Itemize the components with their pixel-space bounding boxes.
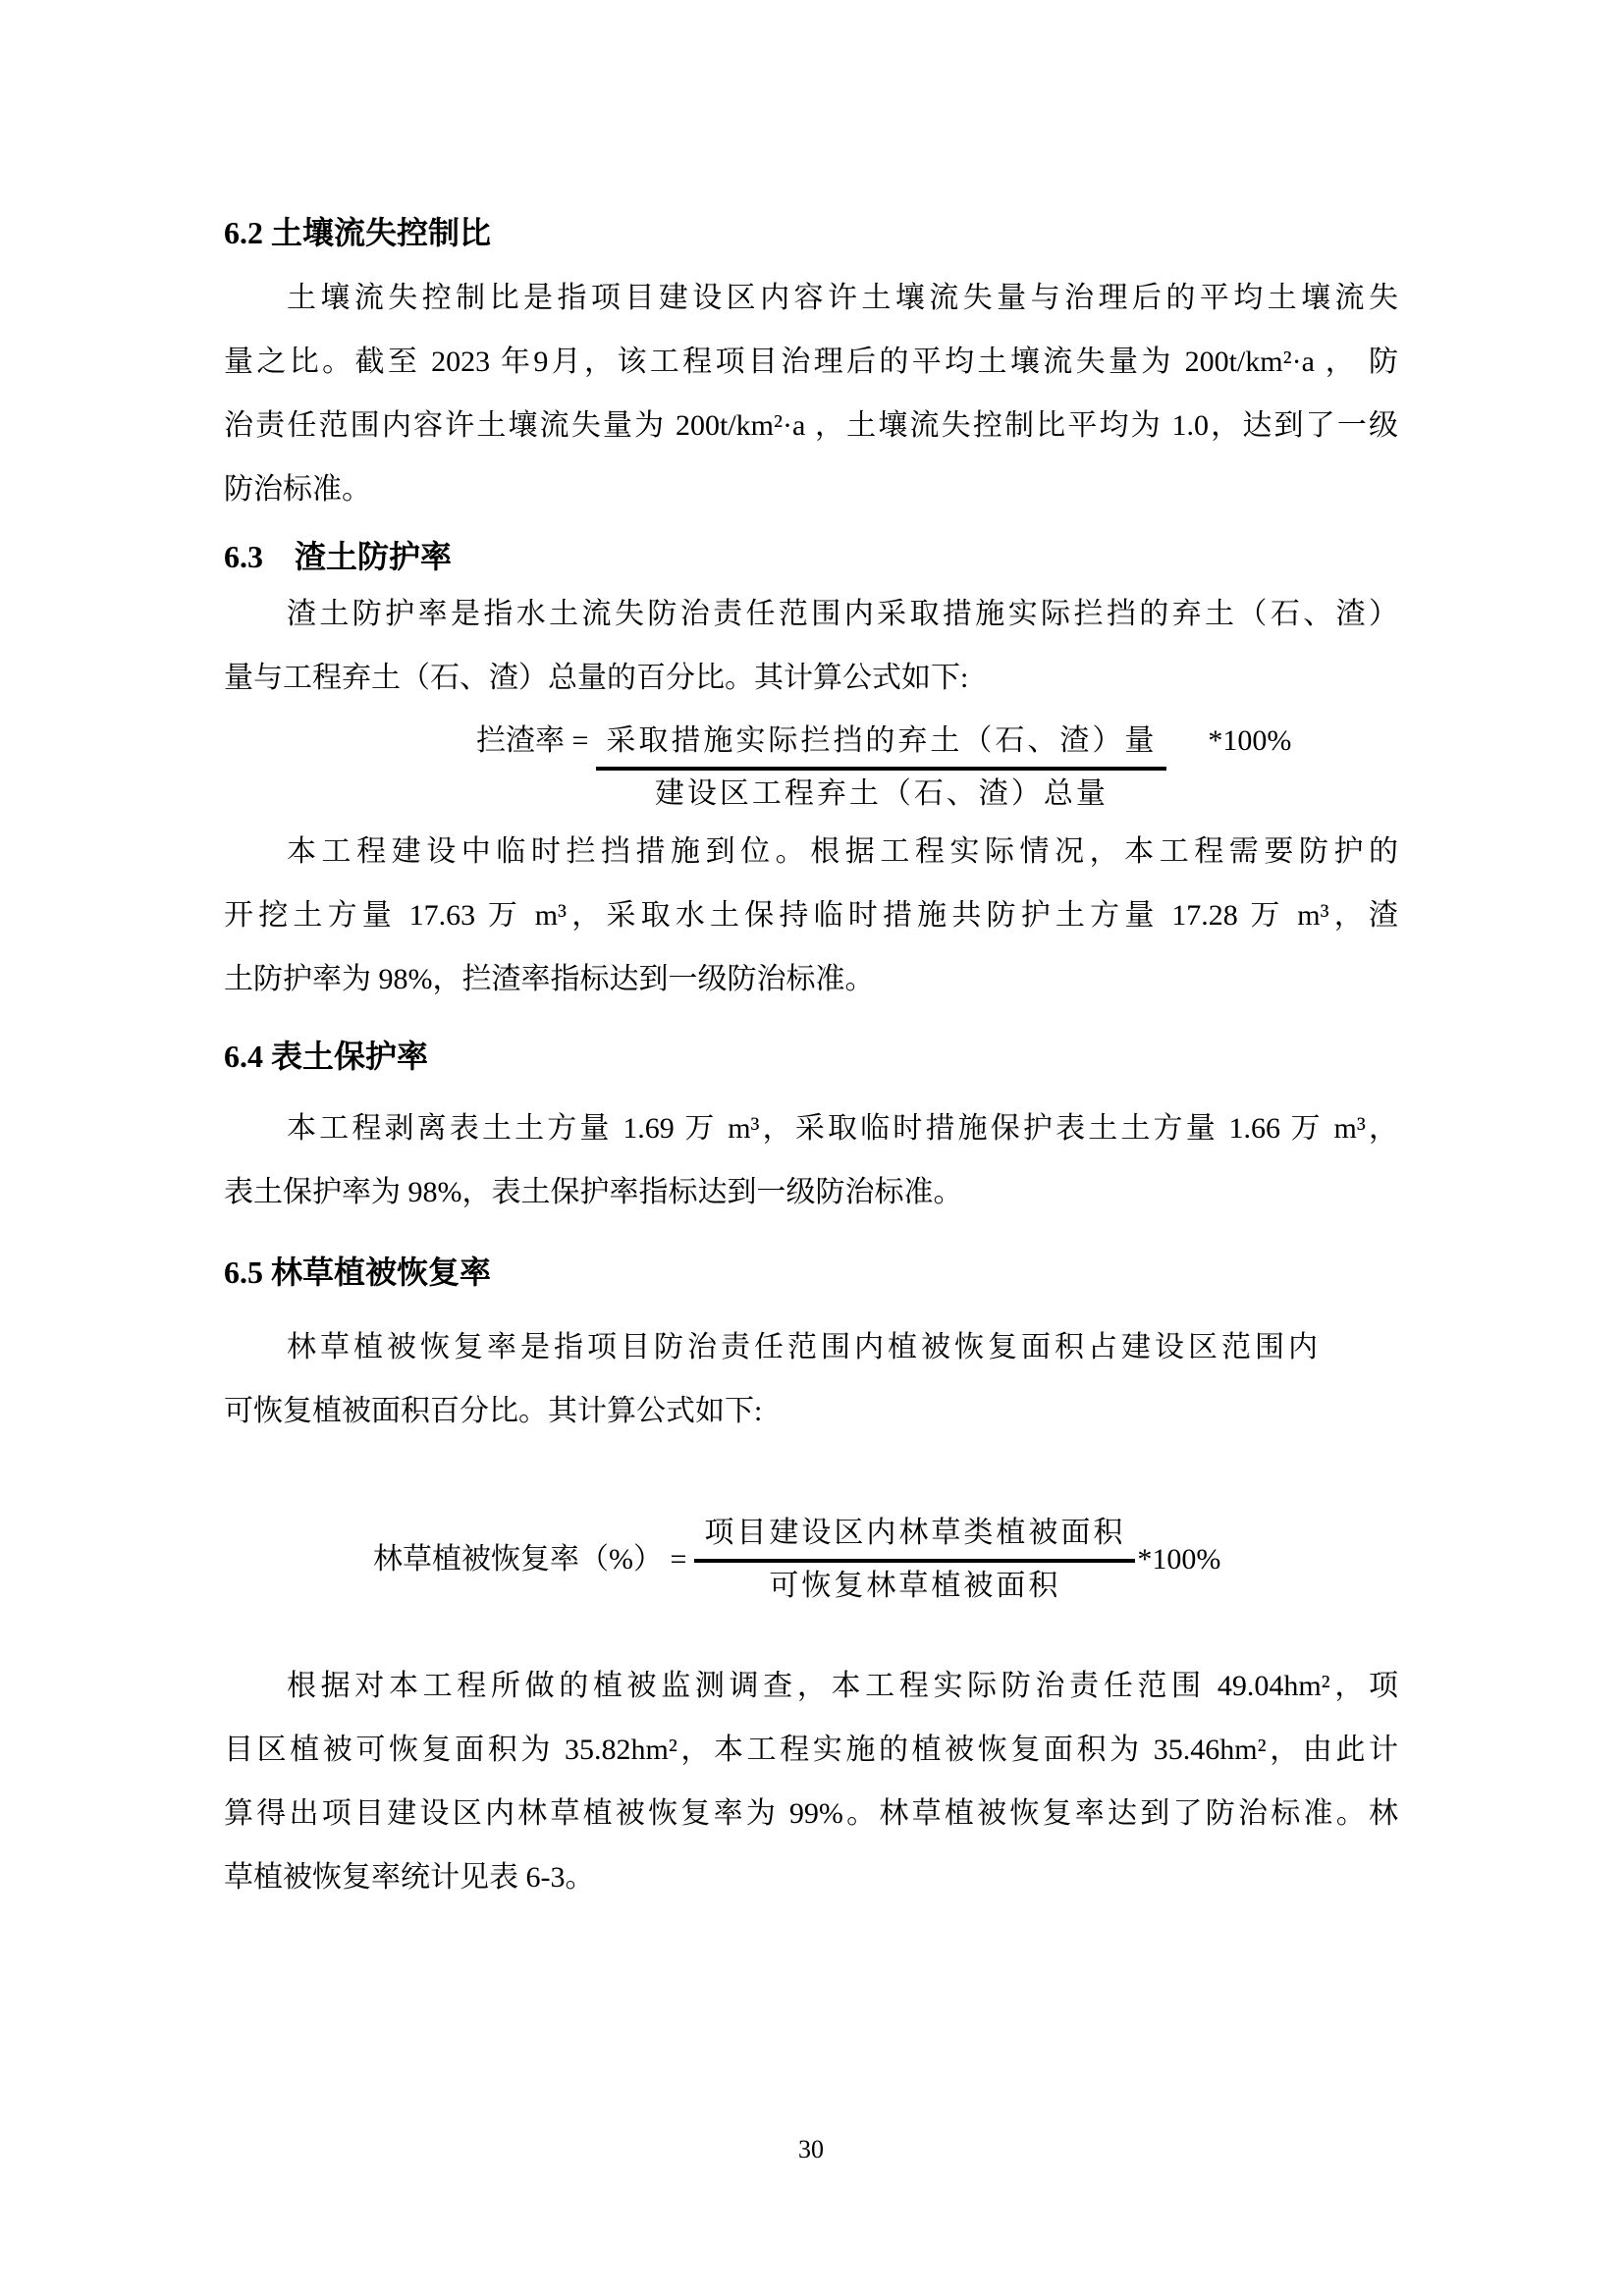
section-heading: 6.3 渣土防护率 [224,535,1398,578]
paragraph-line: 表土保护率为 98%，表土保护率指标达到一级防治标准。 [224,1160,1398,1224]
formula-numerator: 项目建设区内林草类植被面积 [694,1512,1135,1559]
paragraph: 林草植被恢复率是指项目防治责任范围内植被恢复面积占建设区范围内 可恢复植被面积百… [224,1315,1398,1443]
paragraph: 根据对本工程所做的植被监测调查，本工程实际防治责任范围 49.04hm²，项 目… [224,1654,1398,1909]
section-heading: 6.4 表土保护率 [224,1035,1398,1078]
formula-multiplier: *100% [1137,1538,1220,1581]
paragraph-line: 土防护率为 98%，拦渣率指标达到一级防治标准。 [224,947,1398,1011]
fraction: 采取措施实际拦挡的弃土（石、渣）量 建设区工程弃土（石、渣）总量 [596,720,1166,816]
paragraph-line: 本工程剥离表土土方量 1.69 万 m³，采取临时措施保护表土土方量 1.66 … [224,1096,1398,1160]
formula-denominator: 建设区工程弃土（石、渣）总量 [596,771,1166,816]
formula-block: 拦渣率 = 采取措施实际拦挡的弃土（石、渣）量 建设区工程弃土（石、渣）总量 *… [476,720,1398,816]
formula-label: 拦渣率 = [476,720,588,763]
section-6-3: 6.3 渣土防护率 渣土防护率是指水土流失防治责任范围内采取措施实际拦挡的弃土（… [224,535,1398,1011]
paragraph: 本工程建设中临时拦挡措施到位。根据工程实际情况，本工程需要防护的 开挖土方量 1… [224,820,1398,1011]
formula-label: 林草植被恢复率（%） = [373,1538,686,1581]
section-heading: 6.2 土壤流失控制比 [224,211,1398,254]
formula-numerator: 采取措施实际拦挡的弃土（石、渣）量 [596,720,1166,767]
formula-block: 林草植被恢复率（%） = 项目建设区内林草类植被面积 可恢复林草植被面积 *10… [373,1512,1398,1608]
paragraph: 渣土防护率是指水土流失防治责任范围内采取措施实际拦挡的弃土（石、渣） 量与工程弃… [224,582,1398,710]
paragraph: 本工程剥离表土土方量 1.69 万 m³，采取临时措施保护表土土方量 1.66 … [224,1096,1398,1224]
formula-multiplier: *100% [1208,720,1291,763]
paragraph-line: 土壤流失控制比是指项目建设区内容许土壤流失量与治理后的平均土壤流失 [224,266,1398,330]
paragraph-line: 草植被恢复率统计见表 6-3。 [224,1845,1398,1909]
paragraph-line: 量与工程弃土（石、渣）总量的百分比。其计算公式如下: [224,646,1398,710]
paragraph-line: 算得出项目建设区内林草植被恢复率为 99%。林草植被恢复率达到了防治标准。林 [224,1782,1398,1845]
section-6-2: 6.2 土壤流失控制比 土壤流失控制比是指项目建设区内容许土壤流失量与治理后的平… [224,211,1398,521]
paragraph-line: 本工程建设中临时拦挡措施到位。根据工程实际情况，本工程需要防护的 [224,820,1398,883]
section-heading: 6.5 林草植被恢复率 [224,1251,1398,1294]
formula-denominator: 可恢复林草植被面积 [694,1563,1135,1608]
paragraph-line: 量之比。截至 2023 年9月，该工程项目治理后的平均土壤流失量为 200t/k… [224,330,1398,394]
paragraph: 土壤流失控制比是指项目建设区内容许土壤流失量与治理后的平均土壤流失 量之比。截至… [224,266,1398,521]
paragraph-line: 开挖土方量 17.63 万 m³，采取水土保持临时措施共防护土方量 17.28 … [224,883,1398,947]
paragraph-line: 治责任范围内容许土壤流失量为 200t/km²·a ，土壤流失控制比平均为 1.… [224,394,1398,457]
paragraph-line: 根据对本工程所做的植被监测调查，本工程实际防治责任范围 49.04hm²，项 [224,1654,1398,1718]
paragraph-line: 防治标准。 [224,457,1398,521]
fraction: 项目建设区内林草类植被面积 可恢复林草植被面积 [694,1512,1135,1608]
page-content: 6.2 土壤流失控制比 土壤流失控制比是指项目建设区内容许土壤流失量与治理后的平… [224,0,1398,2166]
paragraph-line: 可恢复植被面积百分比。其计算公式如下: [224,1379,1398,1443]
page-number: 30 [224,2133,1398,2166]
section-6-5: 6.5 林草植被恢复率 林草植被恢复率是指项目防治责任范围内植被恢复面积占建设区… [224,1251,1398,1909]
paragraph-line: 渣土防护率是指水土流失防治责任范围内采取措施实际拦挡的弃土（石、渣） [224,582,1398,646]
paragraph-line: 林草植被恢复率是指项目防治责任范围内植被恢复面积占建设区范围内 [224,1315,1398,1379]
paragraph-line: 目区植被可恢复面积为 35.82hm²，本工程实施的植被恢复面积为 35.46h… [224,1718,1398,1782]
section-6-4: 6.4 表土保护率 本工程剥离表土土方量 1.69 万 m³，采取临时措施保护表… [224,1035,1398,1224]
document-page: 6.2 土壤流失控制比 土壤流失控制比是指项目建设区内容许土壤流失量与治理后的平… [0,0,1624,2296]
